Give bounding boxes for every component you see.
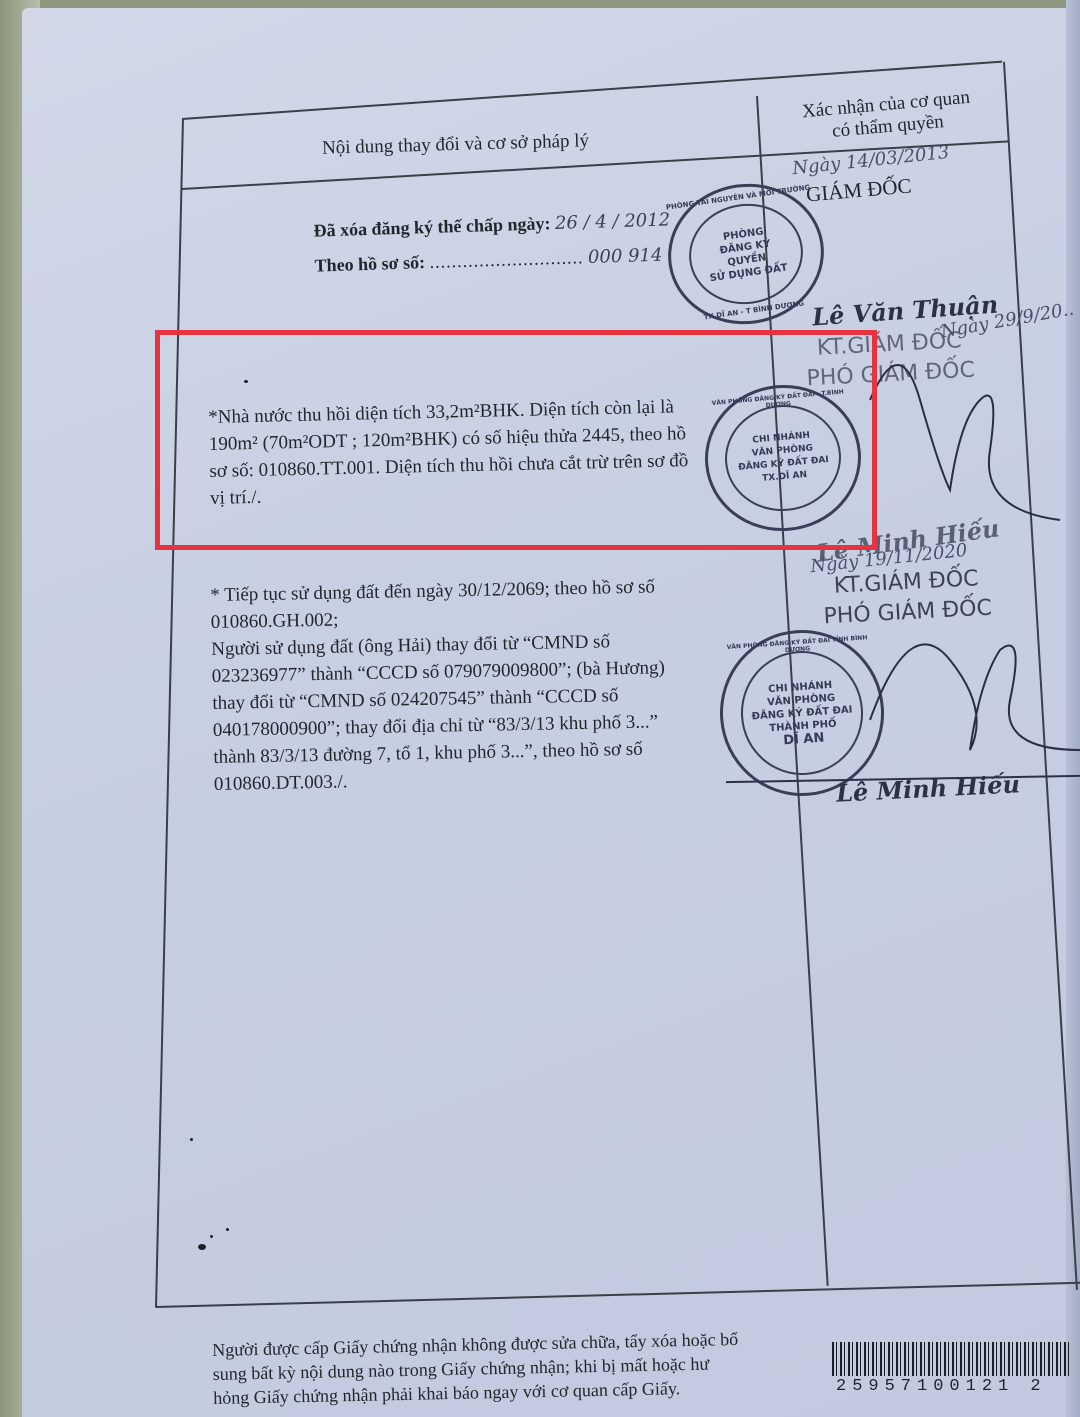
- footer-notice: Người được cấp Giấy chứng nhận không đượ…: [212, 1325, 813, 1410]
- mortgage-date: 26 / 4 / 2012: [555, 209, 671, 234]
- highlight-box: [155, 330, 877, 550]
- signature-mark: [860, 340, 1020, 540]
- barcode: [832, 1342, 1072, 1376]
- file-label: Theo hồ sơ số:: [314, 252, 425, 275]
- file-number: 000 914: [588, 245, 663, 268]
- entry-mortgage-deletion: Đã xóa đăng ký thế chấp ngày: 26 / 4 / 2…: [313, 202, 672, 283]
- signature-mark: [850, 600, 1050, 800]
- page-edge: [1066, 0, 1080, 1417]
- mortgage-label: Đã xóa đăng ký thế chấp ngày:: [313, 213, 551, 240]
- barcode-number: 25957100121 2: [836, 1377, 1047, 1396]
- entry-land-use-extension: * Tiếp tục sử dụng đất đến ngày 30/12/20…: [210, 571, 776, 798]
